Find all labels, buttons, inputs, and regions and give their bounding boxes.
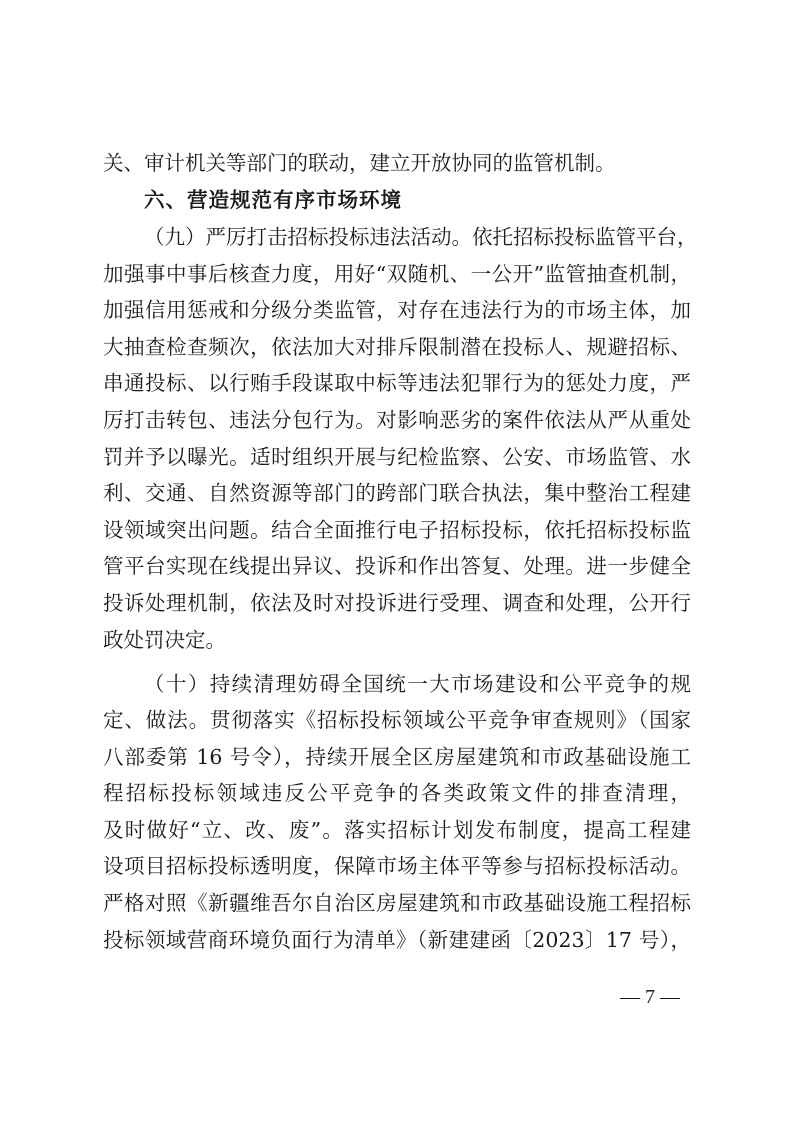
paragraph-line: 罚并予以曝光。适时组织开展与纪检监察、公安、市场监管、水	[103, 442, 691, 472]
paragraph-line: 利、交通、自然资源等部门的跨部门联合执法，集中整治工程建	[103, 478, 691, 508]
paragraph-line: 加强信用惩戒和分级分类监管，对存在违法行为的市场主体，加	[103, 295, 691, 325]
section-heading: 六、营造规范有序市场环境	[144, 185, 402, 215]
paragraph-line: 管平台实现在线提出异议、投诉和作出答复、处理。进一步健全	[103, 551, 691, 581]
page-number: — 7 —	[620, 983, 680, 1011]
paragraph-line: 大抽查检查频次，依法加大对排斥限制潜在投标人、规避招标、	[103, 332, 691, 362]
paragraph-line: 投标领域营商环境负面行为清单》（新建建函〔2023〕17 号），	[103, 925, 691, 955]
paragraph-line: 投诉处理机制，依法及时对投诉进行受理、调查和处理，公开行	[103, 588, 691, 618]
paragraph-line: 厉打击转包、违法分包行为。对影响恶劣的案件依法从严从重处	[103, 405, 691, 435]
paragraph-line: 及时做好“立、改、废”。落实招标计划发布制度，提高工程建	[103, 815, 691, 845]
document-page: 关、审计机关等部门的联动，建立开放协同的监管机制。 六、营造规范有序市场环境 （…	[0, 0, 794, 1123]
paragraph-line: 关、审计机关等部门的联动，建立开放协同的监管机制。	[103, 148, 691, 178]
paragraph-line: 八部委第 16 号令），持续开展全区房屋建筑和市政基础设施工	[103, 742, 691, 772]
paragraph-line: 严格对照《新疆维吾尔自治区房屋建筑和市政基础设施工程招标	[103, 888, 691, 918]
paragraph-line: 定、做法。贯彻落实《招标投标领域公平竞争审查规则》（国家	[103, 705, 691, 735]
paragraph-line: （十）持续清理妨碍全国统一大市场建设和公平竞争的规	[144, 669, 691, 699]
paragraph-line: 程招标投标领域违反公平竞争的各类政策文件的排查清理，	[103, 778, 691, 808]
paragraph-line: 政处罚决定。	[103, 625, 691, 655]
paragraph-line: （九）严厉打击招标投标违法活动。依托招标投标监管平台，	[144, 222, 691, 252]
paragraph-line: 串通投标、以行贿手段谋取中标等违法犯罪行为的惩处力度，严	[103, 368, 691, 398]
paragraph-line: 加强事中事后核查力度，用好“双随机、一公开”监管抽查机制，	[103, 259, 691, 289]
paragraph-line: 设项目招标投标透明度，保障市场主体平等参与招标投标活动。	[103, 851, 691, 881]
paragraph-line: 设领域突出问题。结合全面推行电子招标投标，依托招标投标监	[103, 515, 691, 545]
